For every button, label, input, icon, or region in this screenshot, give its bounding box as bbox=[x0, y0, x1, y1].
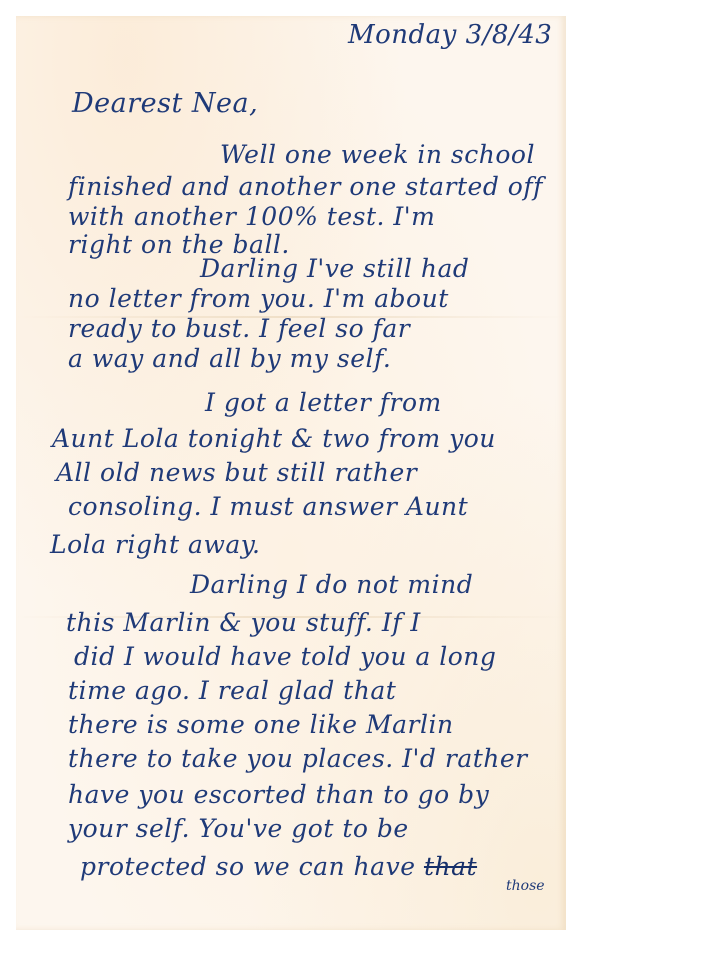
letter-line-text: protected so we can have bbox=[80, 852, 416, 881]
letter-line: with another 100% test. I'm bbox=[68, 202, 435, 231]
letter-salutation: Dearest Nea, bbox=[72, 88, 258, 119]
letter-line: Aunt Lola tonight & two from you bbox=[52, 424, 496, 453]
letter-line: finished and another one started off bbox=[68, 172, 543, 201]
letter-date: Monday 3/8/43 bbox=[348, 20, 552, 50]
letter-line: time ago. I real glad that bbox=[68, 676, 396, 705]
letter-line: consoling. I must answer Aunt bbox=[68, 492, 468, 521]
inserted-correction: those bbox=[506, 878, 545, 894]
letter-line: All old news but still rather bbox=[56, 458, 417, 487]
letter-line: no letter from you. I'm about bbox=[68, 284, 449, 313]
struck-out-word: that bbox=[424, 852, 477, 881]
letter-line: a way and all by my self. bbox=[68, 344, 391, 373]
letter-line: your self. You've got to be bbox=[68, 814, 409, 843]
letter-line: there is some one like Marlin bbox=[68, 710, 454, 739]
letter-line-last: protected so we can have that bbox=[80, 852, 477, 881]
letter-line: Darling I've still had bbox=[200, 254, 469, 283]
letter-line: Lola right away. bbox=[50, 530, 261, 559]
letter-line: have you escorted than to go by bbox=[68, 780, 489, 809]
letter-line: Darling I do not mind bbox=[190, 570, 473, 599]
letter-line: did I would have told you a long bbox=[74, 642, 496, 671]
letter-line: ready to bust. I feel so far bbox=[68, 314, 410, 343]
letter-line: this Marlin & you stuff. If I bbox=[66, 608, 421, 637]
letter-line: I got a letter from bbox=[205, 388, 442, 417]
letter-line: there to take you places. I'd rather bbox=[68, 744, 528, 773]
letter-line: Well one week in school bbox=[220, 140, 535, 169]
